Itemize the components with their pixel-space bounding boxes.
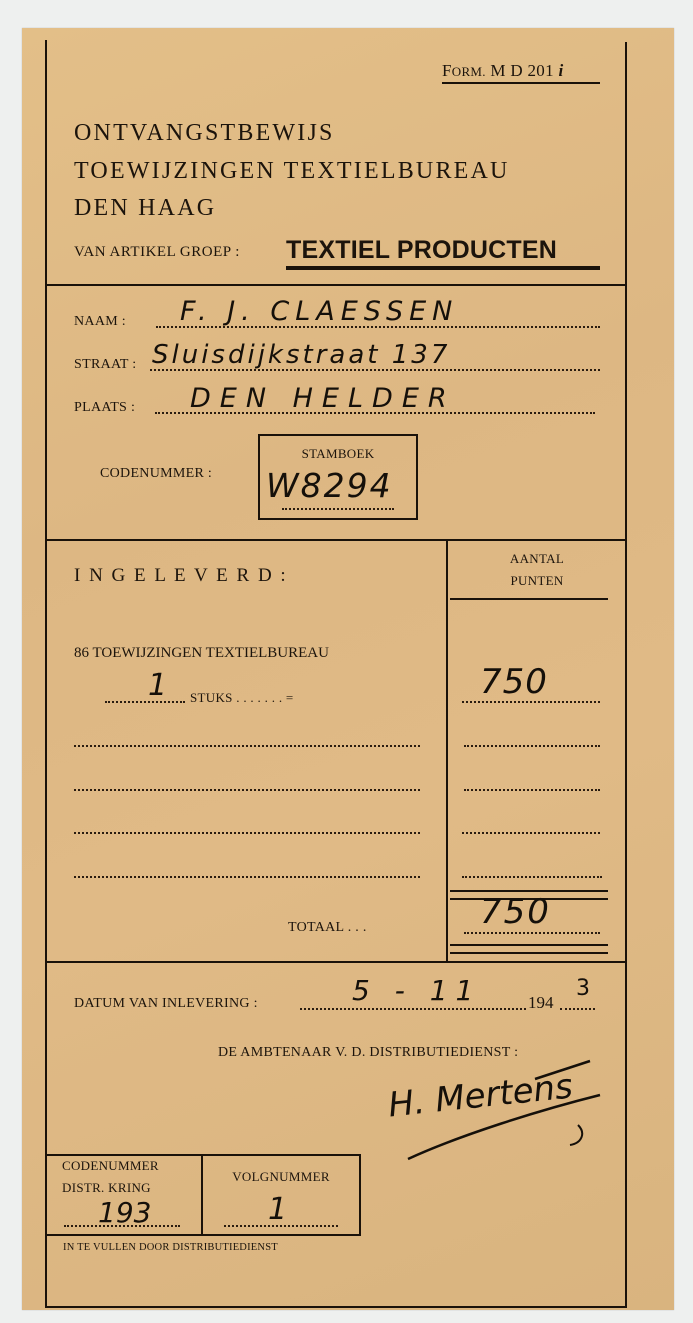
divider-person xyxy=(45,539,627,541)
punten-label: PUNTEN xyxy=(448,573,626,589)
ingeleverd-heading: I N G E L E V E R D : xyxy=(74,565,288,587)
year-prefix: 194 xyxy=(528,993,554,1013)
straat-label: STRAAT : xyxy=(74,357,136,373)
divider-points-column xyxy=(446,539,448,963)
codenummer-label: CODENUMMER : xyxy=(100,466,212,482)
groep-label: VAN ARTIKEL GROEP : xyxy=(74,244,240,261)
stuks-value[interactable]: 1 xyxy=(148,668,167,703)
form-number-suffix: i xyxy=(558,61,563,80)
code-kring-label-1: CODENUMMER xyxy=(62,1158,159,1174)
totaal-bottom-rule xyxy=(450,944,608,954)
punten-line-4 xyxy=(462,832,600,834)
title-line-3: DEN HAAG xyxy=(74,195,216,222)
form-number-code: M D 201 xyxy=(490,61,554,80)
punten-value[interactable]: 750 xyxy=(480,662,548,702)
totaal-value[interactable]: 750 xyxy=(480,892,551,932)
title-line-1: ONTVANGSTBEWIJS xyxy=(74,120,335,147)
form-number-prefix: F xyxy=(442,61,452,80)
plaats-label: PLAATS : xyxy=(74,400,135,416)
left-border xyxy=(45,40,47,1306)
year-line xyxy=(560,1008,595,1010)
punten-line-5 xyxy=(462,876,602,878)
code-kring-value[interactable]: 193 xyxy=(98,1196,151,1229)
groep-value: TEXTIEL PRODUCTEN xyxy=(286,236,600,270)
aantal-label: AANTAL xyxy=(448,551,626,567)
datum-label: DATUM VAN INLEVERING : xyxy=(74,996,258,1012)
naam-label: NAAM : xyxy=(74,314,126,330)
datum-value[interactable]: 5 - 11 xyxy=(352,974,481,1007)
stamboek-label: STAMBOEK xyxy=(260,446,416,462)
item-line-4 xyxy=(74,832,420,834)
item-line-2 xyxy=(74,745,420,747)
stamboek-box: STAMBOEK W8294 xyxy=(258,434,418,520)
code-box-bottom xyxy=(45,1234,361,1236)
bottom-border xyxy=(45,1306,627,1308)
volgnummer-value[interactable]: 1 xyxy=(268,1192,287,1227)
volgnummer-label: VOLGNUMMER xyxy=(203,1169,359,1185)
signature-strokes-icon xyxy=(400,1055,610,1165)
stamboek-line xyxy=(282,508,394,510)
points-header-divider xyxy=(450,598,608,600)
form-number-prefix-small: ORM. xyxy=(452,64,486,79)
stuks-label: STUKS . . . . . . . = xyxy=(190,690,294,706)
code-box-right xyxy=(359,1154,361,1235)
item-label: 86 TOEWIJZINGEN TEXTIELBUREAU xyxy=(74,645,329,662)
stuks-line xyxy=(105,701,185,703)
title-line-2: TOEWIJZINGEN TEXTIELBUREAU xyxy=(74,158,510,185)
punten-line-3 xyxy=(464,789,600,791)
datum-line xyxy=(300,1008,526,1010)
plaats-value[interactable]: DEN HELDER xyxy=(190,383,456,414)
divider-header xyxy=(45,284,627,286)
right-border xyxy=(625,42,627,1308)
stamboek-value[interactable]: W8294 xyxy=(266,466,393,505)
punten-line-2 xyxy=(464,745,600,747)
form-number: FORM. M D 201 i xyxy=(442,61,600,84)
code-kring-label-2: DISTR. KRING xyxy=(62,1180,151,1196)
straat-value[interactable]: Sluisdijkstraat 137 xyxy=(152,340,450,370)
totaal-line xyxy=(464,932,600,934)
item-line-5 xyxy=(74,876,420,878)
code-box-top xyxy=(45,1154,361,1156)
distributiedienst-note: IN TE VULLEN DOOR DISTRIBUTIEDIENST xyxy=(63,1242,278,1253)
totaal-label: TOTAAL . . . xyxy=(288,920,367,936)
naam-value[interactable]: F. J. CLAESSEN xyxy=(180,296,458,327)
divider-ingeleverd xyxy=(45,961,627,963)
item-line-3 xyxy=(74,789,420,791)
year-suffix[interactable]: 3 xyxy=(576,976,590,1001)
code-box-divider xyxy=(201,1154,203,1235)
